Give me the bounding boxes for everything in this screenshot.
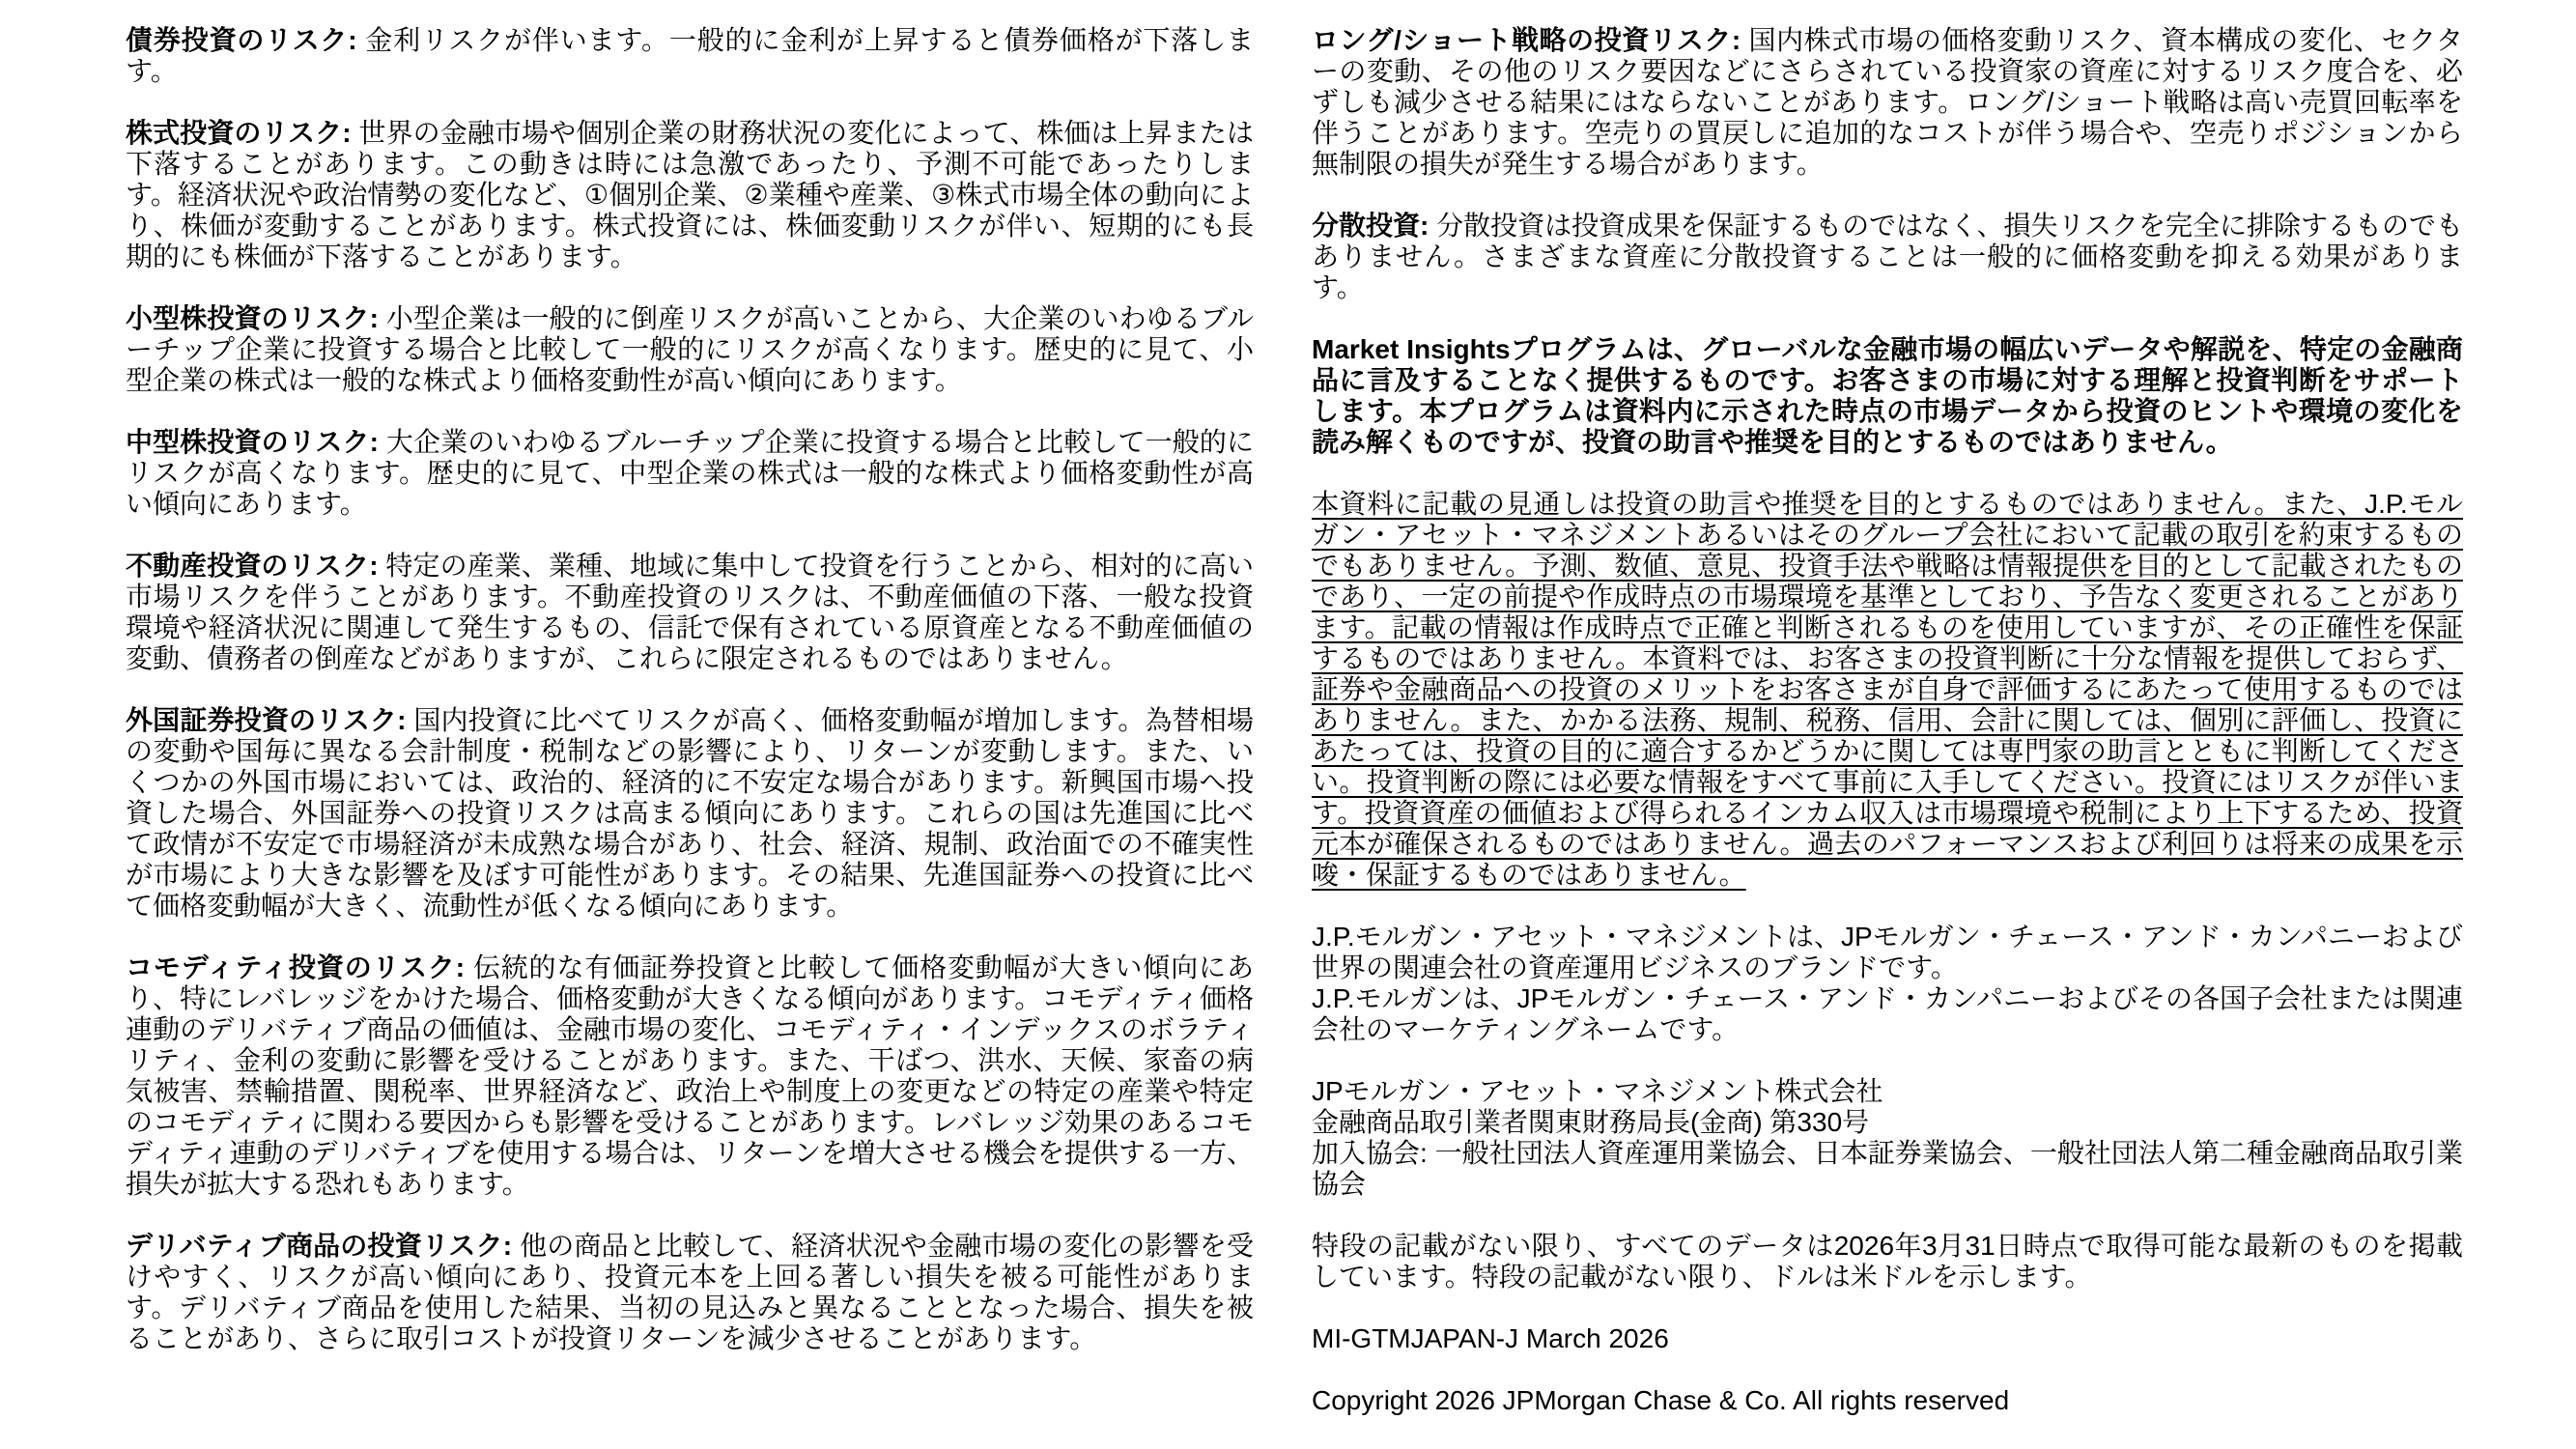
company-registration: JPモルガン・アセット・マネジメント株式会社 金融商品取引業者関東財務局長(金商…	[1312, 1076, 2463, 1200]
right-column: ロング/ショート戦略の投資リスク: 国内株式市場の価格変動リスク、資本構成の変化…	[1312, 25, 2463, 1447]
brand-statement: J.P.モルガン・アセット・マネジメントは、JPモルガン・チェース・アンド・カン…	[1312, 922, 2463, 1045]
section-heading: デリバティブ商品の投資リスク:	[126, 1231, 512, 1261]
section-real-estate-risk: 不動産投資のリスク: 特定の産業、業種、地域に集中して投資を行うことから、相対的…	[126, 551, 1254, 674]
section-heading: 分散投資:	[1312, 211, 1429, 241]
legal-disclaimer-paragraph: 本資料に記載の見通しは投資の助言や推奨を目的とするものではありません。また、J.…	[1312, 489, 2463, 891]
section-heading: 中型株投資のリスク:	[126, 427, 379, 457]
left-column: 債券投資のリスク: 金利リスクが伴います。一般的に金利が上昇すると債券価格が下落…	[126, 25, 1254, 1385]
section-commodity-risk: コモディティ投資のリスク: 伝統的な有価証券投資と比較して価格変動幅が大きい傾向…	[126, 952, 1254, 1200]
section-heading: 小型株投資のリスク:	[126, 303, 379, 333]
section-diversification: 分散投資: 分散投資は投資成果を保証するものではなく、損失リスクを完全に排除する…	[1312, 211, 2463, 303]
member-associations: 加入協会: 一般社団法人資産運用業協会、日本証券業協会、一般社団法人第二種金融商…	[1312, 1138, 2463, 1200]
section-derivatives-risk: デリバティブ商品の投資リスク: 他の商品と比較して、経済状況や金融市場の変化の影…	[126, 1231, 1254, 1354]
section-heading: 株式投資のリスク:	[126, 118, 352, 148]
copyright-notice: Copyright 2026 JPMorgan Chase & Co. All …	[1312, 1385, 2463, 1416]
section-body: 伝統的な有価証券投資と比較して価格変動幅が大きい傾向にあり、特にレバレッジをかけ…	[126, 952, 1254, 1199]
section-body: 国内投資に比べてリスクが高く、価格変動幅が増加します。為替相場の変動や国毎に異な…	[126, 705, 1254, 921]
section-heading: ロング/ショート戦略の投資リスク:	[1312, 25, 1741, 55]
section-mid-cap-risk: 中型株投資のリスク: 大企業のいわゆるブルーチップ企業に投資する場合と比較して一…	[126, 427, 1254, 520]
section-equity-investment-risk: 株式投資のリスク: 世界の金融市場や個別企業の財務状況の変化によって、株価は上昇…	[126, 118, 1254, 272]
registration-number: 金融商品取引業者関東財務局長(金商) 第330号	[1312, 1107, 2463, 1138]
section-heading: コモディティ投資のリスク:	[126, 952, 465, 982]
section-foreign-securities-risk: 外国証券投資のリスク: 国内投資に比べてリスクが高く、価格変動幅が増加します。為…	[126, 705, 1254, 922]
company-name: JPモルガン・アセット・マネジメント株式会社	[1312, 1076, 2463, 1107]
brand-line: J.P.モルガンは、JPモルガン・チェース・アンド・カンパニーおよびその各国子会…	[1312, 983, 2463, 1045]
section-bond-investment-risk: 債券投資のリスク: 金利リスクが伴います。一般的に金利が上昇すると債券価格が下落…	[126, 25, 1254, 87]
document-code: MI-GTMJAPAN-J March 2026	[1312, 1323, 2463, 1354]
data-as-of-note: 特段の記載がない限り、すべてのデータは2026年3月31日時点で取得可能な最新の…	[1312, 1231, 2463, 1293]
section-long-short-risk: ロング/ショート戦略の投資リスク: 国内株式市場の価格変動リスク、資本構成の変化…	[1312, 25, 2463, 180]
section-small-cap-risk: 小型株投資のリスク: 小型企業は一般的に倒産リスクが高いことから、大企業のいわゆ…	[126, 303, 1254, 396]
section-heading: 不動産投資のリスク:	[126, 551, 379, 581]
section-body: 分散投資は投資成果を保証するものではなく、損失リスクを完全に排除するものでもあり…	[1312, 211, 2463, 302]
brand-line: J.P.モルガン・アセット・マネジメントは、JPモルガン・チェース・アンド・カン…	[1312, 922, 2463, 983]
market-insights-program-paragraph: Market Insightsプログラムは、グローバルな金融市場の幅広いデータや…	[1312, 334, 2463, 458]
section-heading: 債券投資のリスク:	[126, 25, 357, 55]
section-heading: 外国証券投資のリスク:	[126, 705, 406, 735]
risk-disclosure-page: 債券投資のリスク: 金利リスクが伴います。一般的に金利が上昇すると債券価格が下落…	[0, 0, 2576, 1449]
